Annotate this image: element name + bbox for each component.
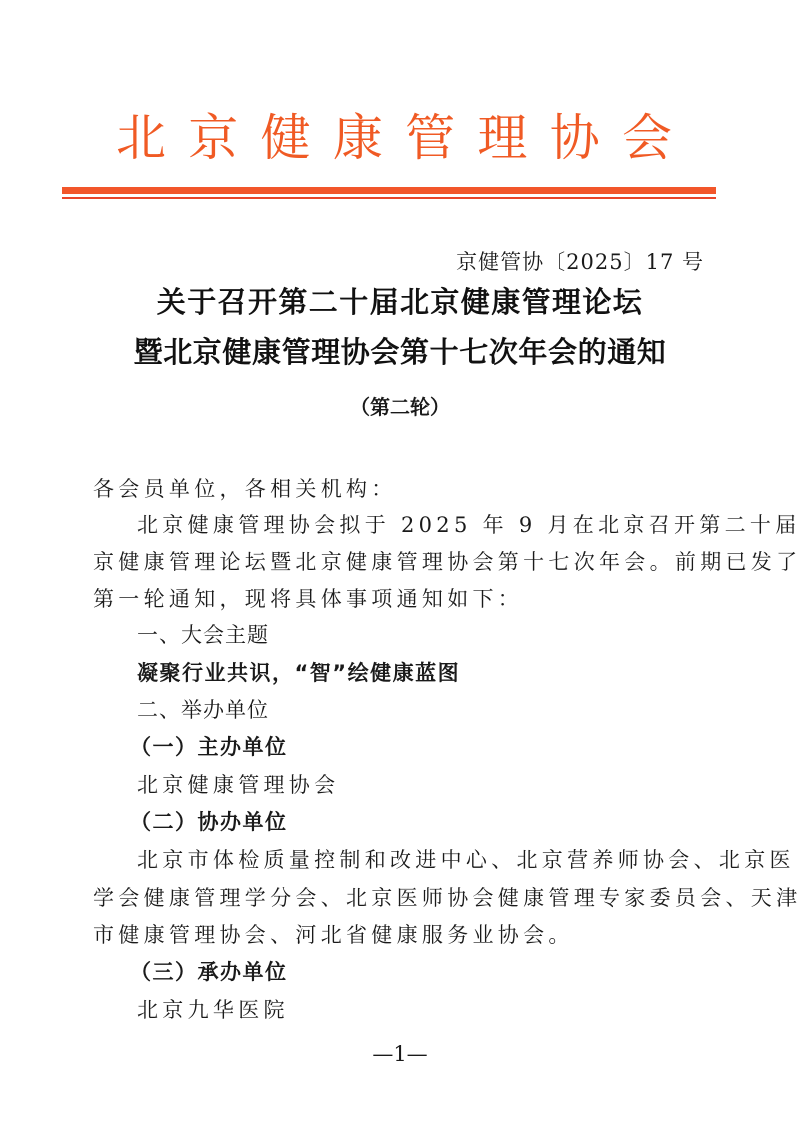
document-title-line-2: 暨北京健康管理协会第十七次年会的通知 xyxy=(0,334,800,370)
intro-line-2: 京健康管理论坛暨北京健康管理协会第十七次年会。前期已发了 xyxy=(93,548,707,576)
document-title-line-1: 关于召开第二十届北京健康管理论坛 xyxy=(0,284,800,320)
letterhead-char: 会 xyxy=(620,106,674,170)
co-organizers-line-3: 市健康管理协会、河北省健康服务业协会。 xyxy=(93,921,707,949)
page-number: —1— xyxy=(0,1040,800,1068)
letterhead-char: 康 xyxy=(331,106,385,170)
co-organizers-line-1: 北京市体检质量控制和改进中心、北京营养师协会、北京医 xyxy=(137,846,751,874)
letterhead-char: 管 xyxy=(403,106,457,170)
undertaker-organization: 北京九华医院 xyxy=(137,996,751,1024)
letterhead-char: 健 xyxy=(259,106,313,170)
subsection-heading-host: （一）主办单位 xyxy=(130,733,744,761)
letterhead-char: 理 xyxy=(475,106,529,170)
letterhead-char: 协 xyxy=(548,106,602,170)
letterhead-rule-thin xyxy=(62,197,716,199)
letterhead-rule-thick xyxy=(62,187,716,194)
subsection-heading-undertaker: （三）承办单位 xyxy=(130,958,744,986)
document-number: 京健管协〔2025〕17 号 xyxy=(456,248,704,276)
section-heading-organizers: 二、举办单位 xyxy=(137,696,751,724)
intro-line-1: 北京健康管理协会拟于 2025 年 9 月在北京召开第二十届北 xyxy=(137,511,751,539)
subsection-heading-co-organizers: （二）协办单位 xyxy=(130,808,744,836)
conference-theme: 凝聚行业共识，“智”绘健康蓝图 xyxy=(137,659,751,687)
letterhead-org-name: 北 京 健 康 管 理 协 会 xyxy=(114,106,674,170)
intro-line-3: 第一轮通知，现将具体事项通知如下： xyxy=(93,585,707,613)
co-organizers-line-2: 学会健康管理学分会、北京医师协会健康管理专家委员会、天津 xyxy=(93,884,707,912)
salutation: 各会员单位，各相关机构： xyxy=(93,475,707,503)
letterhead-char: 京 xyxy=(186,106,240,170)
section-heading-theme: 一、大会主题 xyxy=(137,621,751,649)
document-subtitle: （第二轮） xyxy=(0,393,800,421)
host-organization: 北京健康管理协会 xyxy=(137,771,751,799)
letterhead-char: 北 xyxy=(114,106,168,170)
